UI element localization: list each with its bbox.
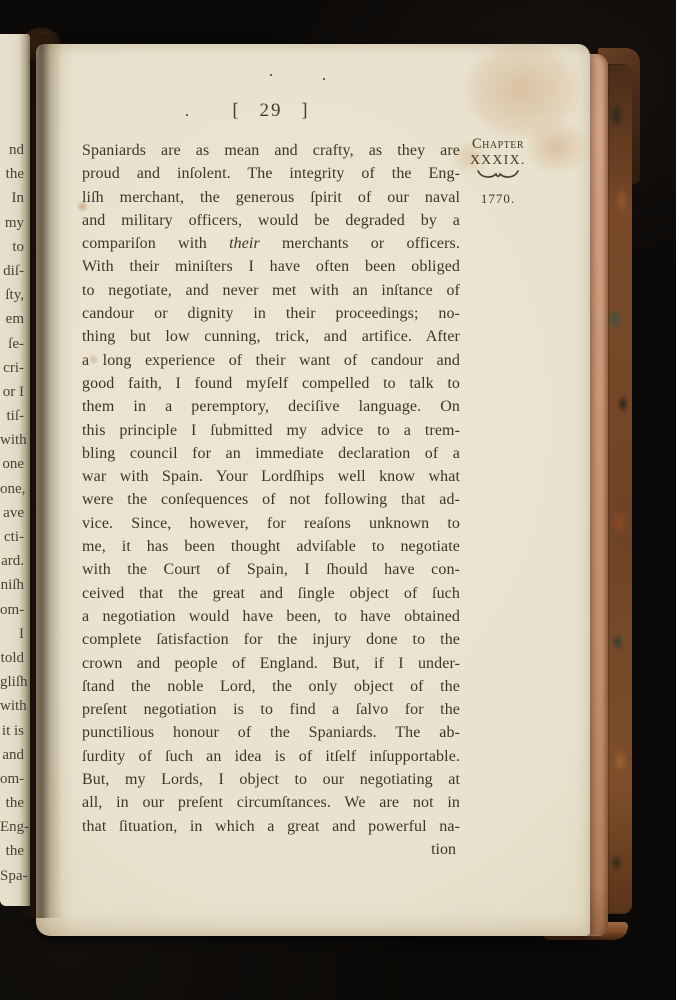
text-line: a long experience of their want of cando… (82, 349, 460, 372)
body-text: Spaniards are as mean and crafty, as the… (82, 139, 460, 861)
text-line: vice. Since, however, for reaſons unknow… (82, 512, 460, 535)
paper-speck (323, 78, 325, 80)
text-line: Spaniards are as mean and crafty, as the… (82, 139, 460, 162)
facing-page-fragment: ſty, (0, 283, 27, 307)
facing-page-fragment: the (0, 162, 27, 186)
facing-page-fragment: the (0, 791, 27, 815)
facing-page-fragment: ſe- (0, 332, 27, 356)
facing-page-fragment: and (0, 743, 27, 767)
text-line: preſent negotiation is to find a ſalvo f… (82, 698, 460, 721)
text-line: punctilious honour of the Spaniards. The… (82, 721, 460, 744)
facing-page-fragment: ave (0, 501, 27, 525)
text-line: With their miniſters I have often been o… (82, 255, 460, 278)
facing-page-fragment: told (0, 646, 27, 670)
text-segment: compariſon with (82, 235, 229, 252)
catchword: tion (82, 838, 460, 861)
text-line: ceived that the great and ſingle object … (82, 582, 460, 605)
text-line: complete ſatisfaction for the injury don… (82, 628, 460, 651)
facing-page-text: nd the In my to diſ- ſty, em ſe- cri- or… (0, 138, 27, 888)
facing-page-fragment: I (0, 622, 27, 646)
text-line: me, it has been thought adviſable to neg… (82, 535, 460, 558)
facing-page-fragment: Spa- (0, 864, 27, 888)
text-line: and military officers, would be degraded… (82, 209, 460, 232)
facing-page-fragment: niſh (0, 573, 27, 597)
text-line: a negotiation would have been, to have o… (82, 605, 460, 628)
text-line: bling council for an immediate declarati… (82, 442, 460, 465)
text-line: to negotiate, and never met with an inſt… (82, 279, 460, 302)
facing-page-edge: nd the In my to diſ- ſty, em ſe- cri- or… (0, 34, 30, 906)
margin-note: Chapter XXXIX. 1770. (460, 137, 536, 207)
facing-page-fragment: the (0, 839, 27, 863)
text-line: all, in our preſent circumſtances. We ar… (82, 791, 460, 814)
book-photo: nd the In my to diſ- ſty, em ſe- cri- or… (0, 0, 676, 1000)
brace-ornament-icon (460, 168, 536, 186)
facing-page-fragment: om- (0, 767, 27, 791)
text-line: them in a peremptory, deciſive language.… (82, 395, 460, 418)
facing-page-fragment: tiſ- (0, 404, 27, 428)
facing-page-fragment: Eng- (0, 815, 27, 839)
chapter-number: XXXIX. (460, 152, 536, 167)
facing-page-fragment: ard. (0, 549, 27, 573)
foxing-stain (464, 40, 580, 140)
facing-page-fragment: one (0, 452, 27, 476)
facing-page-fragment: with (0, 428, 27, 452)
text-segment: merchants or officers. (260, 235, 460, 252)
text-line: with the Court of Spain, I ſhould have c… (82, 558, 460, 581)
text-line: crown and people of England. But, if I u… (82, 652, 460, 675)
facing-page-fragment: my (0, 211, 27, 235)
text-line: that ſituation, in which a great and pow… (82, 815, 460, 838)
facing-page-fragment: one, (0, 477, 27, 501)
facing-page-fragment: gliſh (0, 670, 27, 694)
facing-page-fragment: cti- (0, 525, 27, 549)
marbled-cover-edge (606, 64, 632, 914)
text-line-with-italic: compariſon with their merchants or offic… (82, 232, 460, 255)
book-page: [ 29 ] Spaniards are as mean and crafty,… (36, 44, 590, 936)
italic-word: their (229, 235, 260, 252)
text-line: thing but low cunning, trick, and artifi… (82, 325, 460, 348)
text-line: were the conſequences of not following t… (82, 488, 460, 511)
facing-page-fragment: to (0, 235, 27, 259)
text-line: But, my Lords, I object to our negotiati… (82, 768, 460, 791)
text-line: candour or dignity in their proceedings;… (82, 302, 460, 325)
page-number-header: [ 29 ] (82, 100, 460, 122)
facing-page-fragment: with (0, 694, 27, 718)
text-line: war with Spain. Your Lordſhips well know… (82, 465, 460, 488)
facing-page-fragment: om- (0, 598, 27, 622)
facing-page-fragment: em (0, 307, 27, 331)
facing-page-fragment: diſ- (0, 259, 27, 283)
text-line: good faith, I found myſelf compelled to … (82, 372, 460, 395)
text-line: liſh merchant, the generous ſpirit of ou… (82, 186, 460, 209)
text-line: this principle I ſubmitted my advice to … (82, 419, 460, 442)
facing-page-fragment: it is (0, 719, 27, 743)
facing-page-fragment: or I (0, 380, 27, 404)
paper-speck (270, 74, 272, 76)
text-line: ſurdity of ſuch an idea is of itſelf inſ… (82, 745, 460, 768)
text-line: ſtand the noble Lord, the only object of… (82, 675, 460, 698)
chapter-label: Chapter (460, 137, 536, 152)
text-line: proud and inſolent. The integrity of the… (82, 162, 460, 185)
facing-page-fragment: In (0, 186, 27, 210)
facing-page-fragment: cri- (0, 356, 27, 380)
year-note: 1770. (460, 191, 536, 207)
facing-page-fragment: nd (0, 138, 27, 162)
